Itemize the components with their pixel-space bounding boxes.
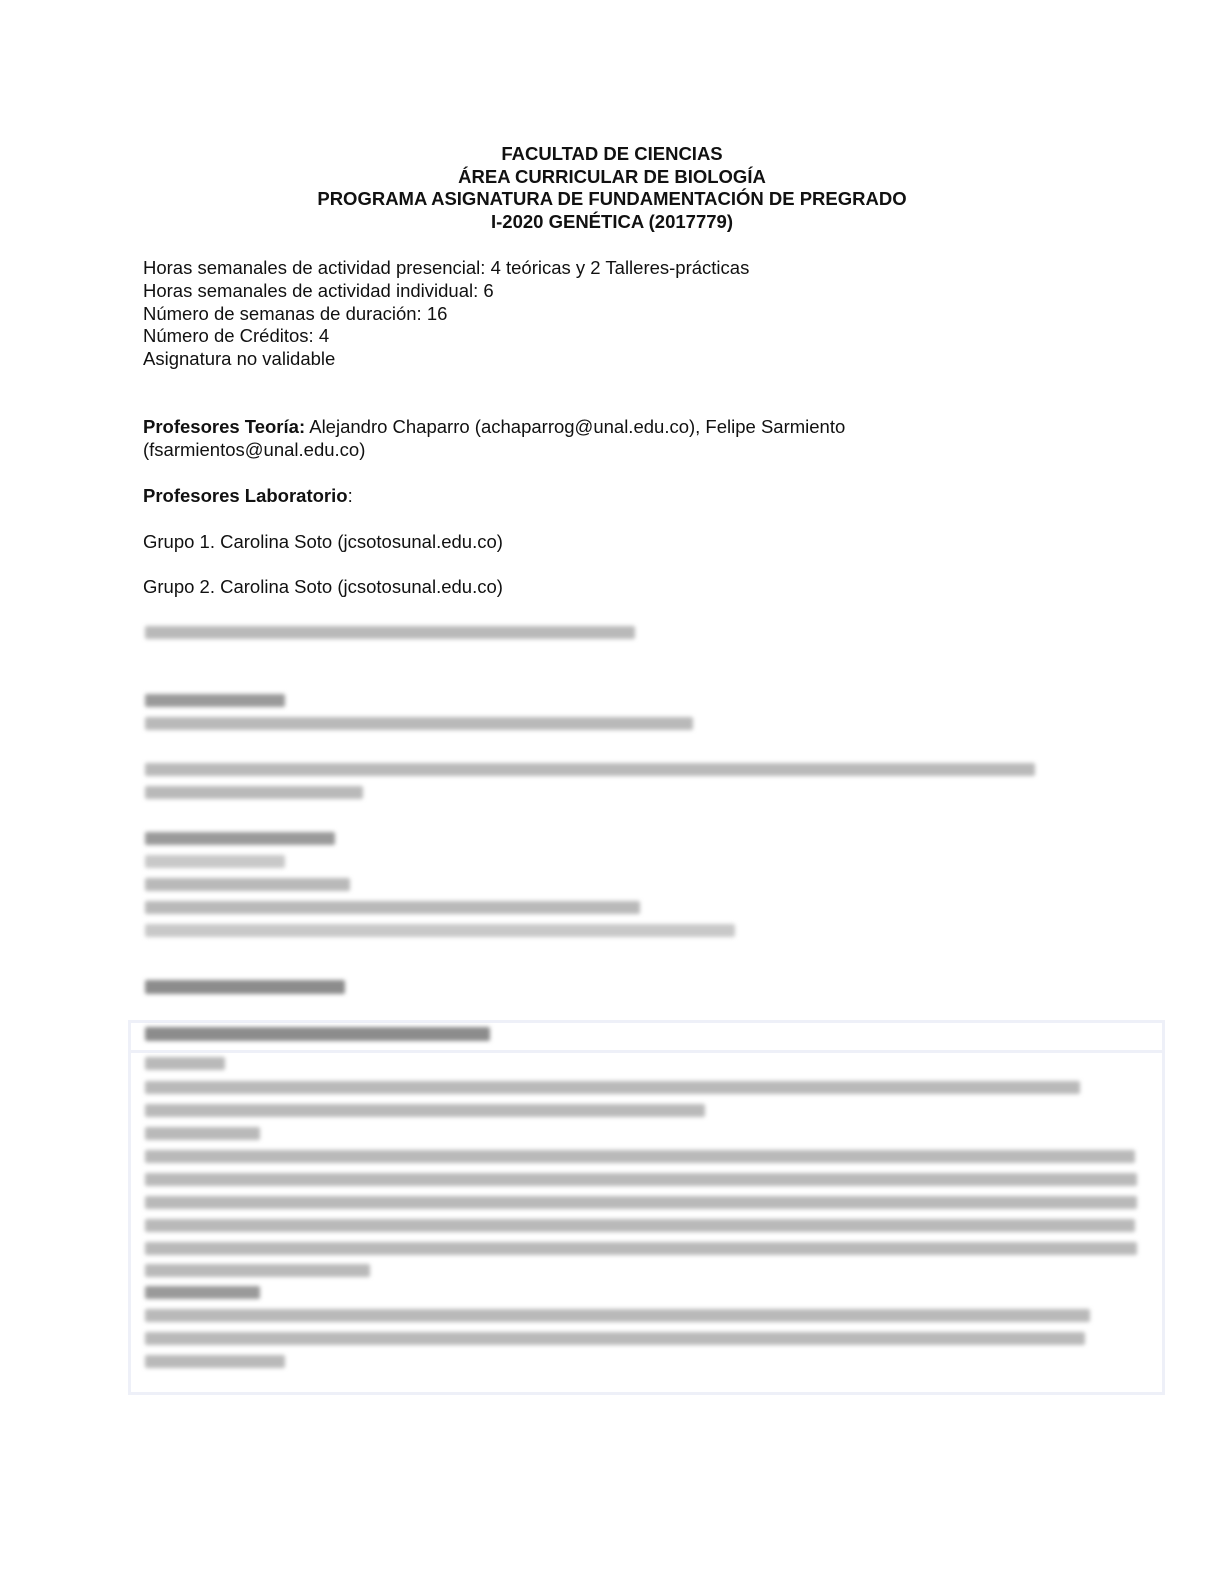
blurred-line xyxy=(145,1355,285,1368)
blurred-subheading xyxy=(145,1057,225,1070)
blurred-line xyxy=(145,1242,1137,1255)
blurred-line xyxy=(145,626,635,639)
blurred-line xyxy=(145,878,350,891)
blurred-heading xyxy=(145,694,285,707)
info-line: Número de semanas de duración: 16 xyxy=(143,303,749,326)
blurred-line xyxy=(145,1150,1135,1163)
blurred-line xyxy=(145,1081,1080,1094)
info-line: Asignatura no validable xyxy=(143,348,749,371)
lab-group-1: Grupo 1. Carolina Soto (jcsotosunal.edu.… xyxy=(143,530,503,553)
blurred-line xyxy=(145,901,640,914)
course-title: I-2020 GENÉTICA (2017779) xyxy=(0,211,1224,234)
blurred-line xyxy=(145,855,285,868)
info-line: Número de Créditos: 4 xyxy=(143,325,749,348)
blurred-subheading xyxy=(145,1286,260,1299)
lab-professors-colon: : xyxy=(348,485,353,506)
lab-professors-label: Profesores Laboratorio xyxy=(143,485,348,506)
blurred-line xyxy=(145,924,735,937)
blurred-line xyxy=(145,1173,1137,1186)
blurred-box-title xyxy=(145,1027,490,1041)
document-page: FACULTAD DE CIENCIAS ÁREA CURRICULAR DE … xyxy=(0,0,1224,1584)
program-title: PROGRAMA ASIGNATURA DE FUNDAMENTACIÓN DE… xyxy=(0,188,1224,211)
course-info: Horas semanales de actividad presencial:… xyxy=(143,257,749,371)
blurred-line xyxy=(145,1332,1085,1345)
blurred-line xyxy=(145,1219,1135,1232)
theory-professors: Profesores Teoría: Alejandro Chaparro (a… xyxy=(143,415,845,461)
lab-group-2: Grupo 2. Carolina Soto (jcsotosunal.edu.… xyxy=(143,575,503,598)
blurred-line xyxy=(145,1309,1090,1322)
blurred-line xyxy=(145,1196,1137,1209)
faculty-title: FACULTAD DE CIENCIAS xyxy=(0,143,1224,166)
blurred-line xyxy=(145,763,1035,776)
lab-professors-heading: Profesores Laboratorio: xyxy=(143,484,353,507)
info-line: Horas semanales de actividad individual:… xyxy=(143,280,749,303)
blurred-section-title xyxy=(145,980,345,994)
document-header: FACULTAD DE CIENCIAS ÁREA CURRICULAR DE … xyxy=(0,143,1224,233)
blurred-subheading xyxy=(145,1127,260,1140)
blurred-line xyxy=(145,717,693,730)
theory-professors-names-cont: (fsarmientos@unal.edu.co) xyxy=(143,438,845,461)
blurred-heading xyxy=(145,832,335,845)
blurred-line xyxy=(145,1264,370,1277)
theory-professors-label: Profesores Teoría: xyxy=(143,416,305,437)
blurred-line xyxy=(145,1104,705,1117)
theory-professors-names: Alejandro Chaparro (achaparrog@unal.edu.… xyxy=(305,416,845,437)
info-line: Horas semanales de actividad presencial:… xyxy=(143,257,749,280)
curricular-area-title: ÁREA CURRICULAR DE BIOLOGÍA xyxy=(0,166,1224,189)
blurred-line xyxy=(145,786,363,799)
